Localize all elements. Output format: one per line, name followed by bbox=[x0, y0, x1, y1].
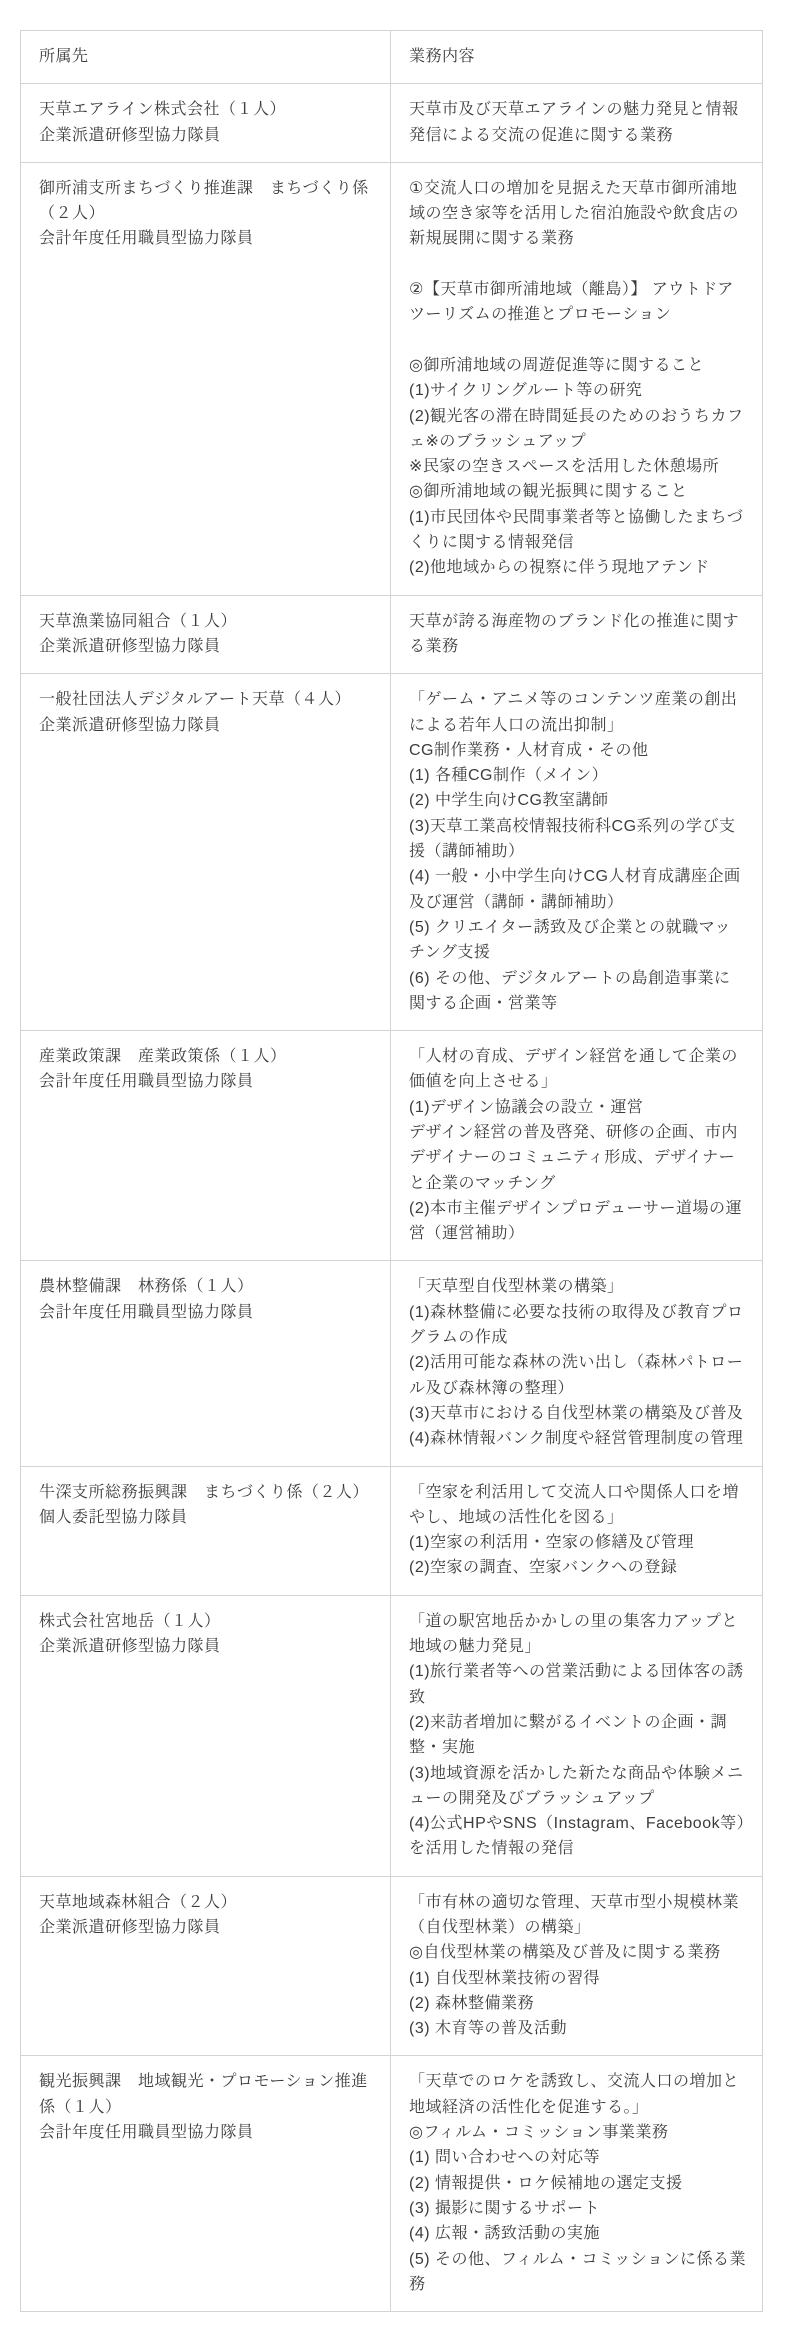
assignments-table-container: 所属先 業務内容 天草エアライン株式会社（１人） 企業派遣研修型協力隊員 天草市… bbox=[20, 30, 800, 2312]
duties-cell: ①交流人口の増加を見据えた天草市御所浦地域の空き家等を活用した宿泊施設や飲食店の… bbox=[391, 162, 763, 595]
table-row: 産業政策課 産業政策係（１人） 会計年度任用職員型協力隊員 「人材の育成、デザイ… bbox=[21, 1031, 763, 1261]
duties-cell: 「市有林の適切な管理、天草市型小規模林業（自伐型林業）の構築」 ◎自伐型林業の構… bbox=[391, 1876, 763, 2056]
table-row: 株式会社宮地岳（１人） 企業派遣研修型協力隊員 「道の駅宮地岳かかしの里の集客力… bbox=[21, 1595, 763, 1876]
duties-cell: 天草が誇る海産物のブランド化の推進に関する業務 bbox=[391, 595, 763, 674]
duties-cell: 「天草型自伐型林業の構築」 (1)森林整備に必要な技術の取得及び教育プログラムの… bbox=[391, 1261, 763, 1466]
affiliation-cell: 観光振興課 地域観光・プロモーション推進係（１人） 会計年度任用職員型協力隊員 bbox=[21, 2056, 391, 2312]
affiliation-cell: 天草漁業協同組合（１人） 企業派遣研修型協力隊員 bbox=[21, 595, 391, 674]
table-row: 牛深支所総務振興課 まちづくり係（２人） 個人委託型協力隊員 「空家を利活用して… bbox=[21, 1466, 763, 1595]
table-row: 御所浦支所まちづくり推進課 まちづくり係（２人） 会計年度任用職員型協力隊員 ①… bbox=[21, 162, 763, 595]
header-row: 所属先 業務内容 bbox=[21, 31, 763, 84]
duties-cell: 「ゲーム・アニメ等のコンテンツ産業の創出による若年人口の流出抑制」 CG制作業務… bbox=[391, 674, 763, 1031]
assignments-table: 所属先 業務内容 天草エアライン株式会社（１人） 企業派遣研修型協力隊員 天草市… bbox=[20, 30, 763, 2312]
table-row: 天草地域森林組合（２人） 企業派遣研修型協力隊員 「市有林の適切な管理、天草市型… bbox=[21, 1876, 763, 2056]
table-row: 農林整備課 林務係（１人） 会計年度任用職員型協力隊員 「天草型自伐型林業の構築… bbox=[21, 1261, 763, 1466]
duties-cell: 天草市及び天草エアラインの魅力発見と情報発信による交流の促進に関する業務 bbox=[391, 84, 763, 163]
table-row: 一般社団法人デジタルアート天草（４人） 企業派遣研修型協力隊員 「ゲーム・アニメ… bbox=[21, 674, 763, 1031]
table-row: 観光振興課 地域観光・プロモーション推進係（１人） 会計年度任用職員型協力隊員 … bbox=[21, 2056, 763, 2312]
affiliation-cell: 天草エアライン株式会社（１人） 企業派遣研修型協力隊員 bbox=[21, 84, 391, 163]
affiliation-cell: 農林整備課 林務係（１人） 会計年度任用職員型協力隊員 bbox=[21, 1261, 391, 1466]
affiliation-cell: 牛深支所総務振興課 まちづくり係（２人） 個人委託型協力隊員 bbox=[21, 1466, 391, 1595]
duties-cell: 「道の駅宮地岳かかしの里の集客力アップと地域の魅力発見」 (1)旅行業者等への営… bbox=[391, 1595, 763, 1876]
column-header-affiliation: 所属先 bbox=[21, 31, 391, 84]
affiliation-cell: 御所浦支所まちづくり推進課 まちづくり係（２人） 会計年度任用職員型協力隊員 bbox=[21, 162, 391, 595]
duties-cell: 「空家を利活用して交流人口や関係人口を増やし、地域の活性化を図る」 (1)空家の… bbox=[391, 1466, 763, 1595]
table-row: 天草エアライン株式会社（１人） 企業派遣研修型協力隊員 天草市及び天草エアライン… bbox=[21, 84, 763, 163]
affiliation-cell: 一般社団法人デジタルアート天草（４人） 企業派遣研修型協力隊員 bbox=[21, 674, 391, 1031]
column-header-duties: 業務内容 bbox=[391, 31, 763, 84]
table-row: 天草漁業協同組合（１人） 企業派遣研修型協力隊員 天草が誇る海産物のブランド化の… bbox=[21, 595, 763, 674]
affiliation-cell: 産業政策課 産業政策係（１人） 会計年度任用職員型協力隊員 bbox=[21, 1031, 391, 1261]
affiliation-cell: 天草地域森林組合（２人） 企業派遣研修型協力隊員 bbox=[21, 1876, 391, 2056]
duties-cell: 「天草でのロケを誘致し、交流人口の増加と地域経済の活性化を促進する。」 ◎フィル… bbox=[391, 2056, 763, 2312]
affiliation-cell: 株式会社宮地岳（１人） 企業派遣研修型協力隊員 bbox=[21, 1595, 391, 1876]
duties-cell: 「人材の育成、デザイン経営を通して企業の価値を向上させる」 (1)デザイン協議会… bbox=[391, 1031, 763, 1261]
